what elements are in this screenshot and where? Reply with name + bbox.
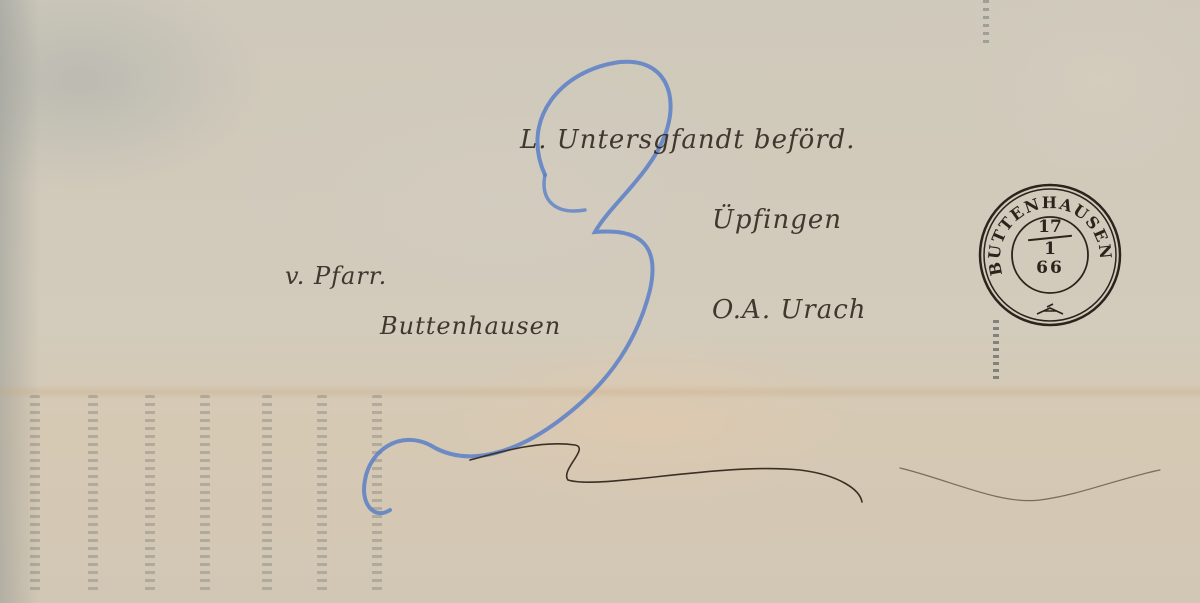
address-line-1: L. Untersgfandt beförd.	[520, 125, 856, 155]
postmark-stamp: BUTTENHAUSEN 17 1 66	[975, 180, 1125, 330]
sender-line-1: v. Pfarr.	[285, 262, 387, 290]
postmark-day: 17	[1015, 218, 1085, 236]
postmark-year: 66	[1015, 258, 1085, 278]
address-line-2: Üpfingen	[712, 205, 842, 235]
blue-crayon-loop-icon	[544, 175, 585, 211]
postmark-month: 1	[1015, 240, 1085, 258]
postal-cover: L. Untersgfandt beförd. Üpfingen O.A. Ur…	[0, 0, 1200, 603]
pen-flourish-tail-icon	[900, 468, 1160, 501]
postmark-ornament-icon	[1037, 304, 1063, 314]
sender-line-2: Buttenhausen	[380, 312, 561, 340]
address-line-3: O.A. Urach	[712, 295, 867, 325]
pen-flourish-icon	[470, 444, 862, 502]
postmark-date: 17 1 66	[1015, 218, 1085, 278]
